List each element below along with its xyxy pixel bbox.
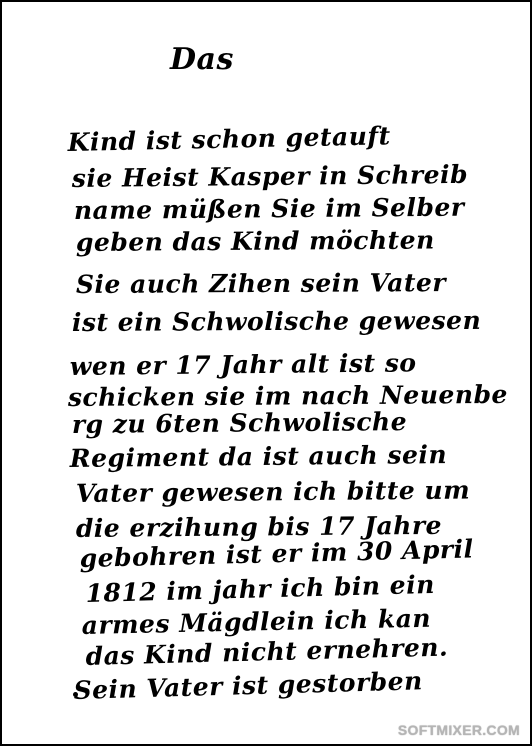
letter-line-14: 1812 im jahr ich bin ein [85,570,435,608]
letter-line-2: sie Heist Kasper in Schreib [72,160,468,193]
letter-line-1: Kind ist schon getauft [67,121,391,157]
ink-dot [73,692,78,697]
letter-line-4: geben das Kind möchten [76,225,435,257]
letter-line-10: Regiment da ist auch sein [70,440,448,473]
handwritten-letter-page: Das Kind ist schon getauft sie Heist Kas… [0,0,532,746]
letter-line-17: Sein Vater ist gestorben [73,666,423,705]
letter-line-11: Vater gewesen ich bitte um [76,476,470,508]
letter-line-9: rg zu 6ten Schwolische [72,407,407,439]
letter-line-3: name müßen Sie im Selber [74,193,465,225]
watermark: SOFTMIXER.COM [398,722,520,738]
letter-heading: Das [170,42,234,77]
letter-line-5: Sie auch Zihen sein Vater [76,268,446,299]
letter-line-7: wen er 17 Jahr alt ist so [70,348,417,381]
letter-line-6: ist ein Schwolische gewesen [72,306,481,337]
